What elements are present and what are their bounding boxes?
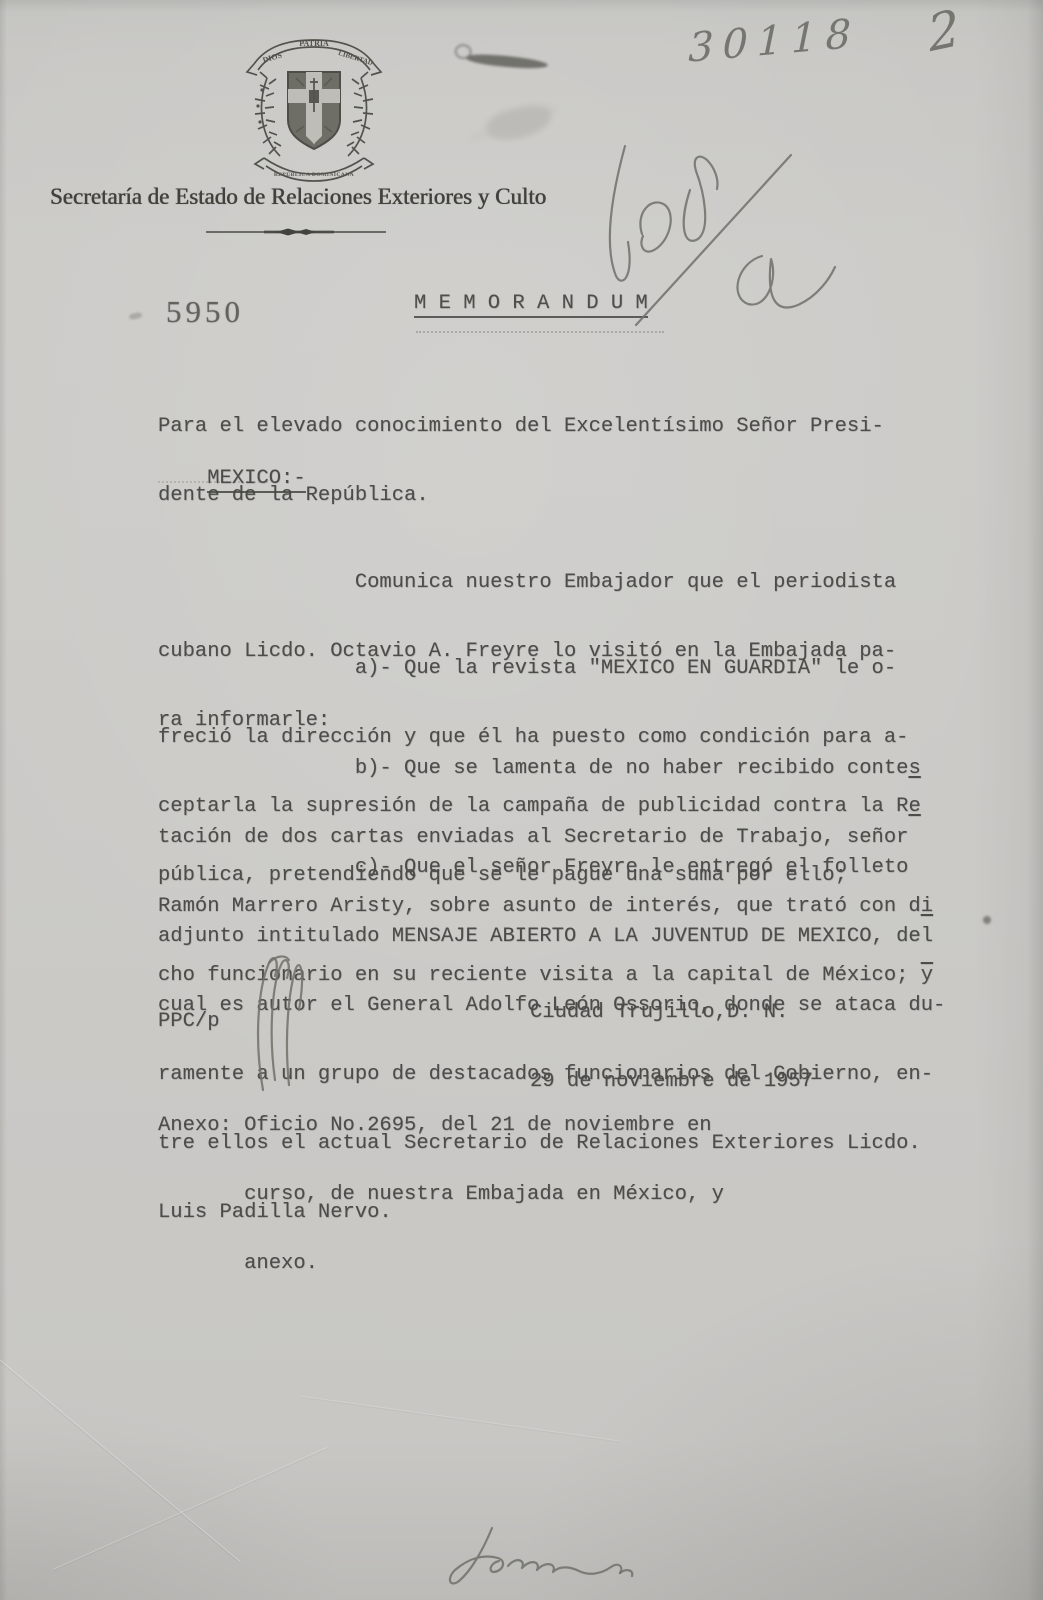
small-mark xyxy=(129,312,143,321)
anexo-note: Anexo: Oficio No.2695, del 21 de noviemb… xyxy=(158,1068,724,1321)
line-fragment: b)- Que se lamenta de no haber recibido … xyxy=(158,757,908,780)
typewritten-line: c)- Que el señor Freyre le entregó el fo… xyxy=(158,856,945,879)
page-number-handwriting: 2 xyxy=(925,0,962,63)
typewritten-line: curso, de nuestra Embajada en México, y xyxy=(158,1183,724,1206)
paper-crease xyxy=(53,1447,327,1570)
crest-ribbon-text: REPÚBLICA DOMINICANA xyxy=(274,170,354,178)
subject-heading: MEXICO:- xyxy=(158,444,306,516)
typewritten-line: b)- Que se lamenta de no haber recibido … xyxy=(158,757,933,780)
bottom-note-handwriting xyxy=(380,1508,670,1600)
typewritten-line: Comunica nuestro Embajador que el period… xyxy=(158,571,896,594)
ink-spot xyxy=(983,916,991,924)
underlined-syllable: s xyxy=(908,757,920,780)
ink-smudge-faint xyxy=(484,101,555,144)
typewritten-line: Anexo: Oficio No.2695, del 21 de noviemb… xyxy=(158,1114,724,1137)
agency-title: Secretaría de Estado de Relaciones Exter… xyxy=(38,184,558,210)
subject-text: MEXICO:- xyxy=(207,467,305,493)
coat-of-arms: DIOS PATRIA LIBERTAD REPÚBLICA DOMI xyxy=(236,32,392,184)
ornamental-divider xyxy=(204,226,388,238)
typewritten-line: anexo. xyxy=(158,1252,724,1275)
paper-crease xyxy=(301,1396,618,1442)
typewritten-line: Para el elevado conocimiento del Excelen… xyxy=(158,415,884,438)
place-line: Ciudad Trujillo,D. N. xyxy=(530,1001,813,1024)
typist-initials: PPC/p xyxy=(158,1010,220,1033)
ink-smudge xyxy=(466,52,549,70)
file-number-handwriting: 30118 xyxy=(688,10,860,71)
carbon-ghost-line xyxy=(158,481,268,483)
paper-crease xyxy=(0,1343,241,1562)
memo-page: DIOS PATRIA LIBERTAD REPÚBLICA DOMI xyxy=(0,0,1043,1600)
crest-motto-libertad: LIBERTAD xyxy=(337,49,374,67)
typewritten-line: adjunto intitulado MENSAJE ABIERTO A LA … xyxy=(158,925,945,948)
typewritten-line: a)- Que la revista "MEXICO EN GUARDIA" l… xyxy=(158,657,921,680)
memo-number: 5950 xyxy=(166,294,244,330)
crest-motto-patria: PATRIA xyxy=(299,39,329,48)
visto-flourish-handwriting xyxy=(580,128,840,343)
